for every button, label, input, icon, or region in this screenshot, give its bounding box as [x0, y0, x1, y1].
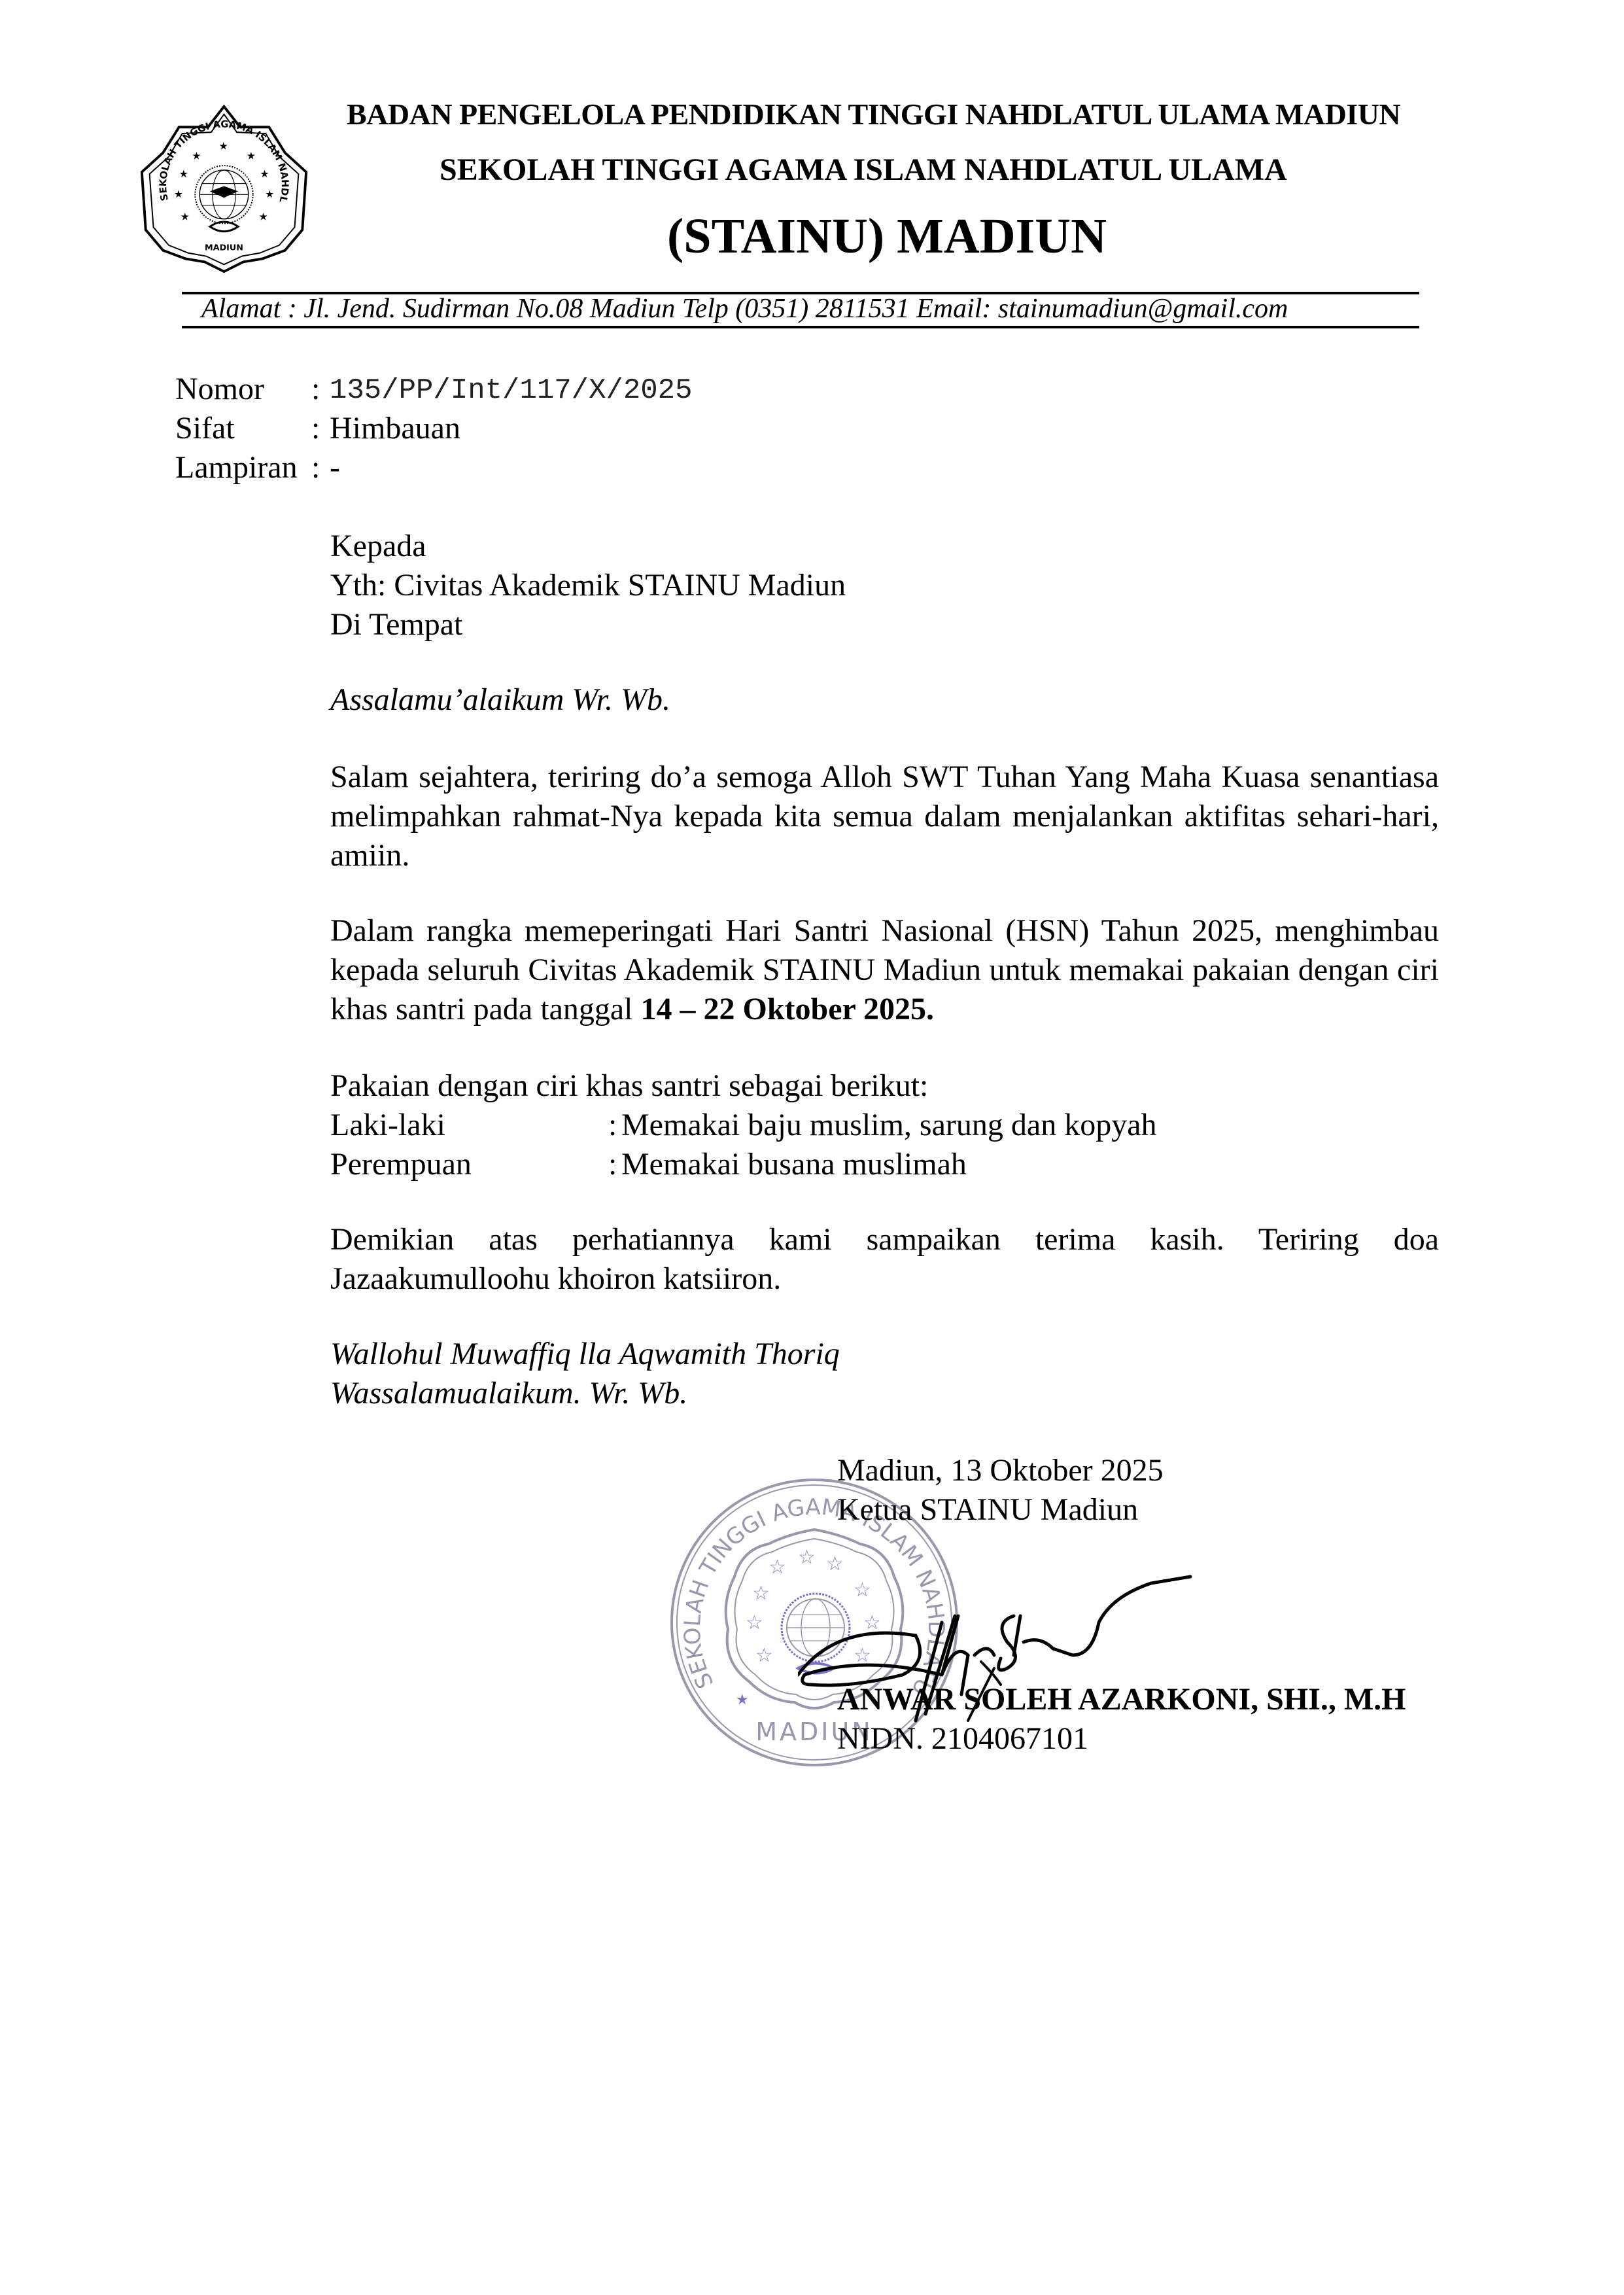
lampiran-value: - — [330, 448, 340, 487]
nomor-value: 135/PP/Int/117/X/2025 — [330, 371, 693, 410]
recipient-block: Kepada Yth: Civitas Akademik STAINU Madi… — [330, 527, 846, 644]
svg-text:★: ★ — [219, 140, 228, 152]
sifat-value: Himbauan — [330, 409, 460, 448]
dress-row-male: Laki-laki : Memakai baju muslim, sarung … — [330, 1106, 928, 1145]
signer-nidn: NIDN. 2104067101 — [837, 1721, 1088, 1757]
recipient-line1: Kepada — [330, 527, 846, 566]
lampiran-label: Lampiran — [175, 450, 298, 485]
svg-text:★: ★ — [247, 149, 256, 162]
dress-label-female: Perempuan — [330, 1147, 472, 1182]
lampiran-separator: : — [311, 448, 320, 487]
recipient-line2: Yth: Civitas Akademik STAINU Madiun — [330, 566, 846, 605]
stainu-emblem-icon: SEKOLAH TINGGI AGAMA ISLAM NAHDLATUL ULA… — [134, 101, 314, 275]
header-rule-bottom — [182, 326, 1419, 328]
paragraph-opening: Salam sejahtera, teriring do’a semoga Al… — [330, 758, 1439, 875]
dress-code-block: Pakaian dengan ciri khas santri sebagai … — [330, 1066, 928, 1184]
svg-text:☆: ☆ — [755, 1644, 773, 1667]
paragraph-closing: Demikian atas perhatiannya kami sampaika… — [330, 1220, 1439, 1299]
dress-value-male: Memakai baju muslim, sarung dan kopyah — [621, 1106, 1157, 1145]
sifat-separator: : — [311, 409, 320, 448]
svg-text:★: ★ — [259, 211, 268, 223]
svg-text:★: ★ — [260, 167, 269, 180]
svg-text:☆: ☆ — [769, 1556, 786, 1579]
nomor-label: Nomor — [175, 372, 264, 406]
dress-row-female: Perempuan : Memakai busana muslimah — [330, 1145, 928, 1184]
signer-name: ANWAR SOLEH AZARKONI, SHI., M.H — [837, 1681, 1406, 1717]
letterhead-address: Alamat : Jl. Jend. Sudirman No.08 Madiun… — [201, 293, 1288, 324]
signer-position: Ketua STAINU Madiun — [837, 1490, 1164, 1530]
place-date: Madiun, 13 Oktober 2025 — [837, 1451, 1164, 1490]
salutation-line2: Wassalamualaikum. Wr. Wb. — [330, 1374, 840, 1413]
dress-label-male: Laki-laki — [330, 1108, 445, 1142]
signature-block: Madiun, 13 Oktober 2025 Ketua STAINU Mad… — [837, 1451, 1164, 1530]
sifat-label: Sifat — [175, 411, 235, 446]
salutation-block: Wallohul Muwaffiq lla Aqwamith Thoriq Wa… — [330, 1335, 840, 1413]
letterhead-line3: (STAINU) MADIUN — [667, 208, 1107, 265]
svg-text:☆: ☆ — [746, 1611, 763, 1634]
svg-text:★: ★ — [179, 167, 188, 180]
letterhead-line1: BADAN PENGELOLA PENDIDIKAN TINGGI NAHDLA… — [347, 97, 1400, 131]
paragraph-announcement: Dalam rangka memeperingati Hari Santri N… — [330, 911, 1439, 1029]
dress-separator-male: : — [608, 1106, 617, 1145]
dress-value-female: Memakai busana muslimah — [621, 1145, 967, 1184]
svg-text:MADIUN: MADIUN — [205, 243, 243, 253]
announcement-dates: 14 – 22 Oktober 2025. — [641, 992, 934, 1026]
svg-text:★: ★ — [181, 211, 190, 223]
recipient-line3: Di Tempat — [330, 605, 846, 644]
svg-text:★: ★ — [736, 1692, 749, 1708]
dress-separator-female: : — [608, 1145, 617, 1184]
svg-text:★: ★ — [174, 188, 183, 200]
svg-text:★: ★ — [265, 188, 274, 200]
svg-text:★: ★ — [192, 149, 201, 162]
svg-text:☆: ☆ — [752, 1582, 770, 1605]
nomor-separator: : — [311, 370, 320, 409]
dress-intro: Pakaian dengan ciri khas santri sebagai … — [330, 1066, 928, 1106]
greeting: Assalamu’alaikum Wr. Wb. — [330, 682, 670, 718]
salutation-line1: Wallohul Muwaffiq lla Aqwamith Thoriq — [330, 1335, 840, 1374]
meta-block: Nomor : 135/PP/Int/117/X/2025 Sifat : Hi… — [175, 370, 298, 487]
letterhead-line2: SEKOLAH TINGGI AGAMA ISLAM NAHDLATUL ULA… — [440, 152, 1287, 188]
